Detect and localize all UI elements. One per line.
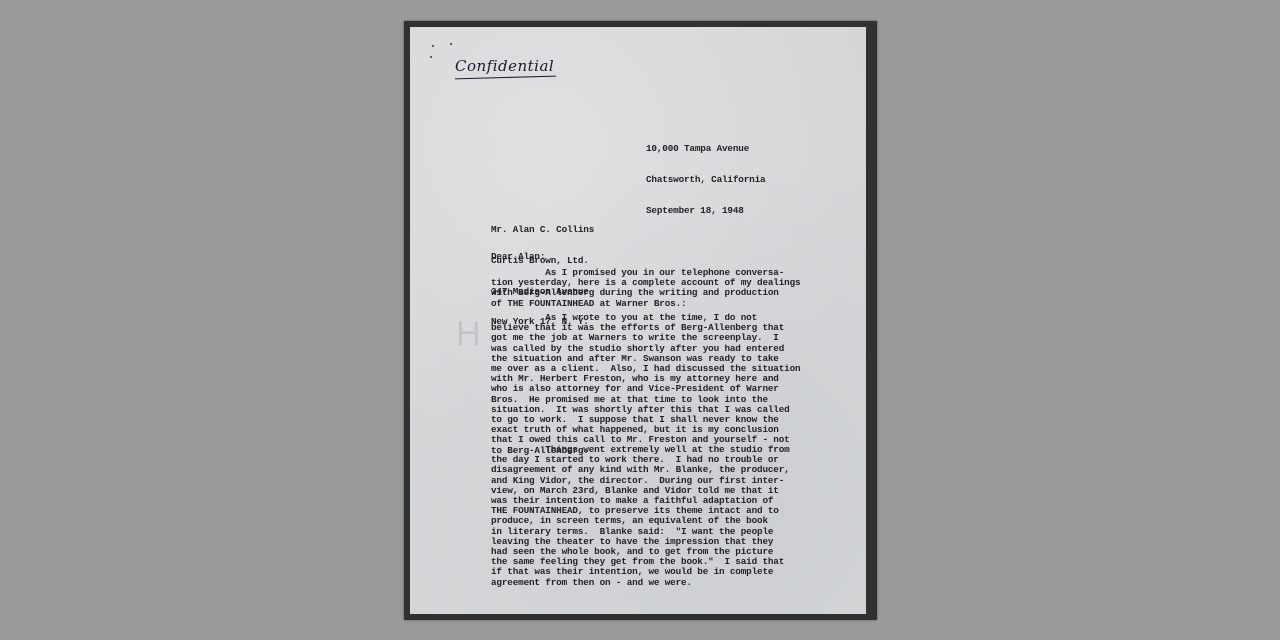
paragraph-2: As I wrote to you at the time, I do notb… [491, 313, 800, 456]
paragraph-1: As I promised you in our telephone conve… [491, 268, 800, 309]
handwritten-confidential-note: Confidential [455, 57, 554, 75]
paragraph-3: Things went extremely well at the studio… [491, 445, 790, 588]
letter-date: September 18, 1948 [646, 206, 765, 216]
watermark: H [456, 315, 481, 354]
letter-page: Confidential H 10,000 Tampa Avenue Chats… [410, 27, 866, 614]
salutation: Dear Alan: [491, 252, 545, 262]
typed-line: of THE FOUNTAINHEAD at Warner Bros.: [491, 299, 800, 309]
sender-line: Chatsworth, California [646, 175, 765, 185]
sender-line: 10,000 Tampa Avenue [646, 144, 765, 154]
recipient-line: Mr. Alan C. Collins [491, 225, 594, 235]
typed-line: agreement from then on - and we were. [491, 578, 790, 588]
sender-address: 10,000 Tampa Avenue Chatsworth, Californ… [646, 124, 765, 236]
